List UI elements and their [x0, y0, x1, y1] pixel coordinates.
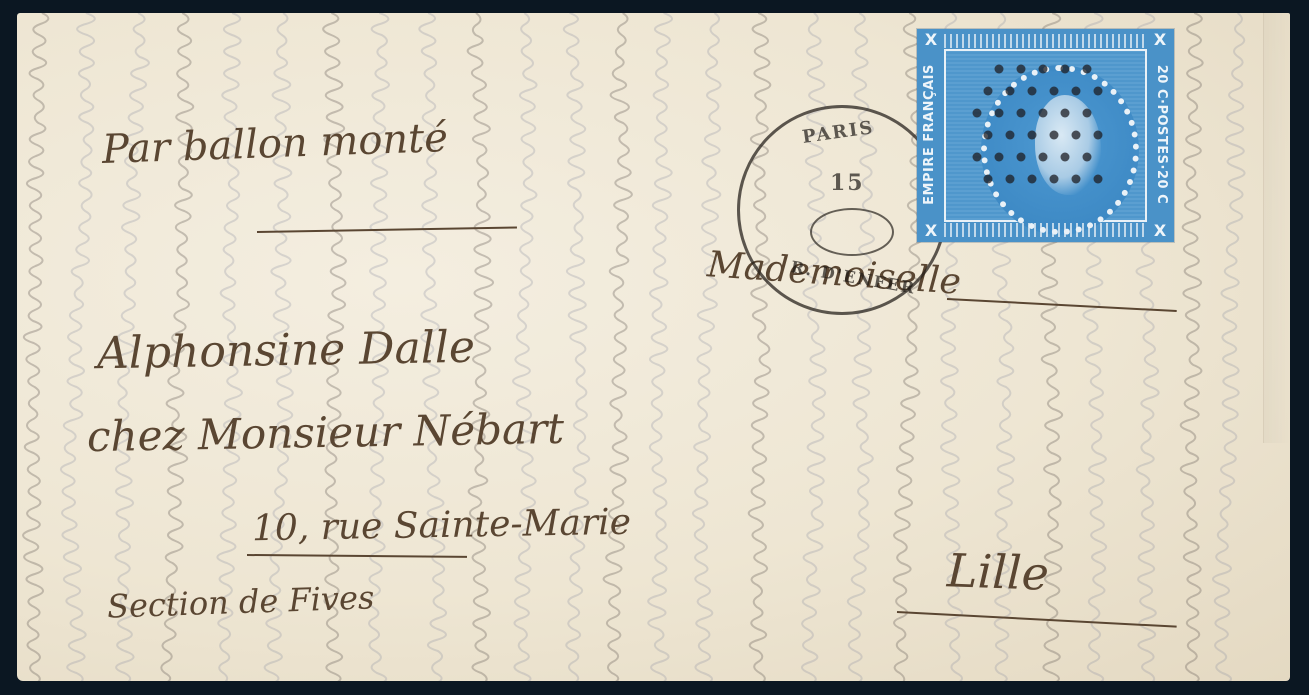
address-city: Lille — [946, 543, 1050, 601]
postmark-date-oval — [810, 208, 894, 256]
postal-cover: Par ballon monté Mademoiselle Alphonsine… — [17, 13, 1290, 681]
address-care-of: chez Monsieur Nébart — [87, 404, 565, 461]
postmark-date: 15 — [830, 170, 865, 196]
postmark-bottom-text: R. D'ENFER — [789, 257, 917, 298]
address-street: 10, rue Sainte-Marie — [252, 502, 632, 550]
postmark-cds: PARIS 15 R. D'ENFER — [737, 105, 947, 315]
stamp-dotted-cancel — [917, 29, 1174, 242]
address-name: Alphonsine Dalle — [97, 322, 476, 380]
postage-stamp: X X X X EMPIRE FRANÇAIS 20 C·POSTES·20 C — [917, 29, 1174, 242]
postmark-top-text: PARIS — [801, 117, 876, 148]
